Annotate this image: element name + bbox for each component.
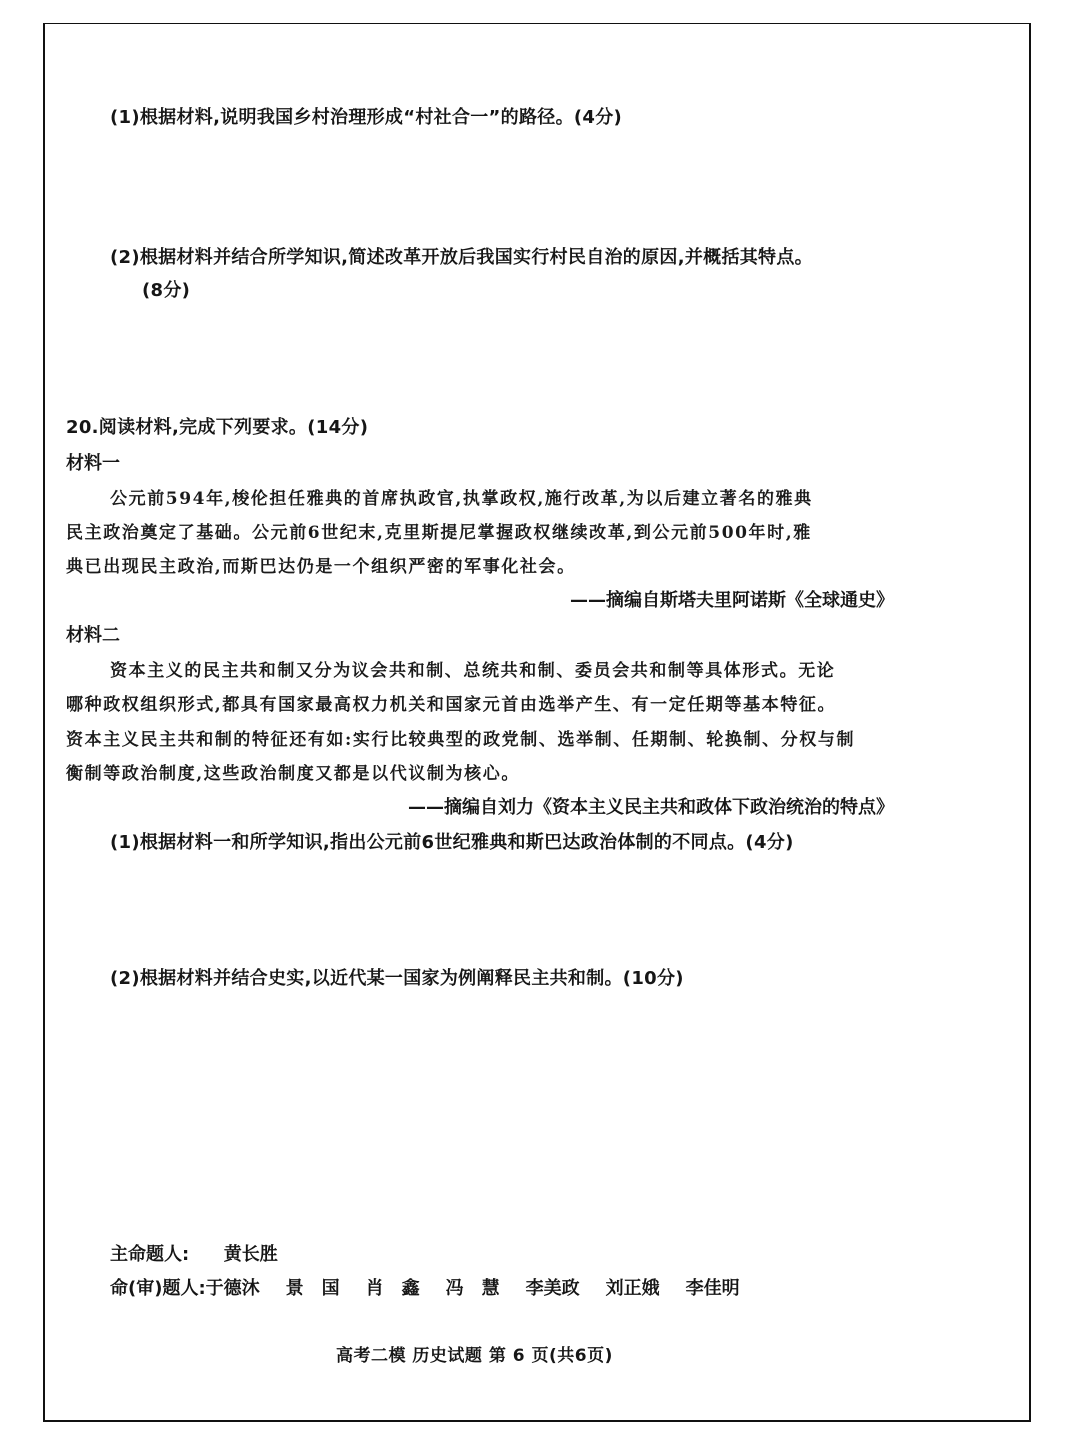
material2-label: 材料二 (66, 621, 120, 647)
reviewers-row: 命(审)题人:于德沐景 国肖 鑫冯 慧李美政刘正娥李佳明 (110, 1274, 766, 1300)
q20-sub1-prompt: (1)根据材料一和所学知识,指出公元前6世纪雅典和斯巴达政治体制的不同点。(4分… (110, 828, 794, 854)
reviewer-name: 肖 鑫 (366, 1274, 420, 1300)
chief-author-label: 主命题人: (110, 1244, 189, 1265)
q19-sub2-prompt-line2: (8分) (142, 276, 190, 302)
material2-line: 资本主义的民主共和制又分为议会共和制、总统共和制、委员会共和制等具体形式。无论 (110, 656, 835, 681)
material2-line: 衡制等政治制度,这些政治制度又都是以代议制为核心。 (66, 759, 520, 784)
material1-label: 材料一 (66, 449, 120, 475)
material2-source: ——摘编自刘力《资本主义民主共和政体下政治统治的特点》 (408, 793, 894, 819)
material1-line: 公元前594年,梭伦担任雅典的首席执政官,执掌政权,施行改革,为以后建立著名的雅… (110, 484, 813, 509)
page-footer: 高考二模 历史试题 第 6 页(共6页) (336, 1341, 613, 1366)
material2-line: 哪种政权组织形式,都具有国家最高权力机关和国家元首由选举产生、有一定任期等基本特… (66, 690, 836, 715)
chief-author-row: 主命题人: 黄长胜 (110, 1240, 278, 1266)
reviewer-name: 于德沐 (206, 1274, 260, 1300)
page-border-frame (43, 23, 1031, 1422)
chief-author-name: 黄长胜 (224, 1244, 278, 1265)
q20-sub2-prompt: (2)根据材料并结合史实,以近代某一国家为例阐释民主共和制。(10分) (110, 964, 684, 990)
reviewer-name: 李佳明 (686, 1274, 740, 1300)
material1-source: ——摘编自斯塔夫里阿诺斯《全球通史》 (570, 586, 894, 612)
reviewers-label: 命(审)题人: (110, 1274, 206, 1300)
material2-line: 资本主义民主共和制的特征还有如:实行比较典型的政党制、选举制、任期制、轮换制、分… (66, 725, 855, 750)
q19-sub2-prompt-line1: (2)根据材料并结合所学知识,简述改革开放后我国实行村民自治的原因,并概括其特点… (110, 243, 813, 269)
material1-line: 典已出现民主政治,而斯巴达仍是一个组织严密的军事化社会。 (66, 552, 576, 577)
q19-sub1-prompt: (1)根据材料,说明我国乡村治理形成“村社合一”的路径。(4分) (110, 103, 622, 129)
reviewer-name: 李美政 (526, 1274, 580, 1300)
reviewer-name: 刘正娥 (606, 1274, 660, 1300)
reviewer-name: 景 国 (286, 1274, 340, 1300)
q20-title: 20.阅读材料,完成下列要求。(14分) (66, 413, 368, 439)
material1-line: 民主政治奠定了基础。公元前6世纪末,克里斯提尼掌握政权继续改革,到公元前500年… (66, 518, 812, 543)
reviewer-name: 冯 慧 (446, 1274, 500, 1300)
